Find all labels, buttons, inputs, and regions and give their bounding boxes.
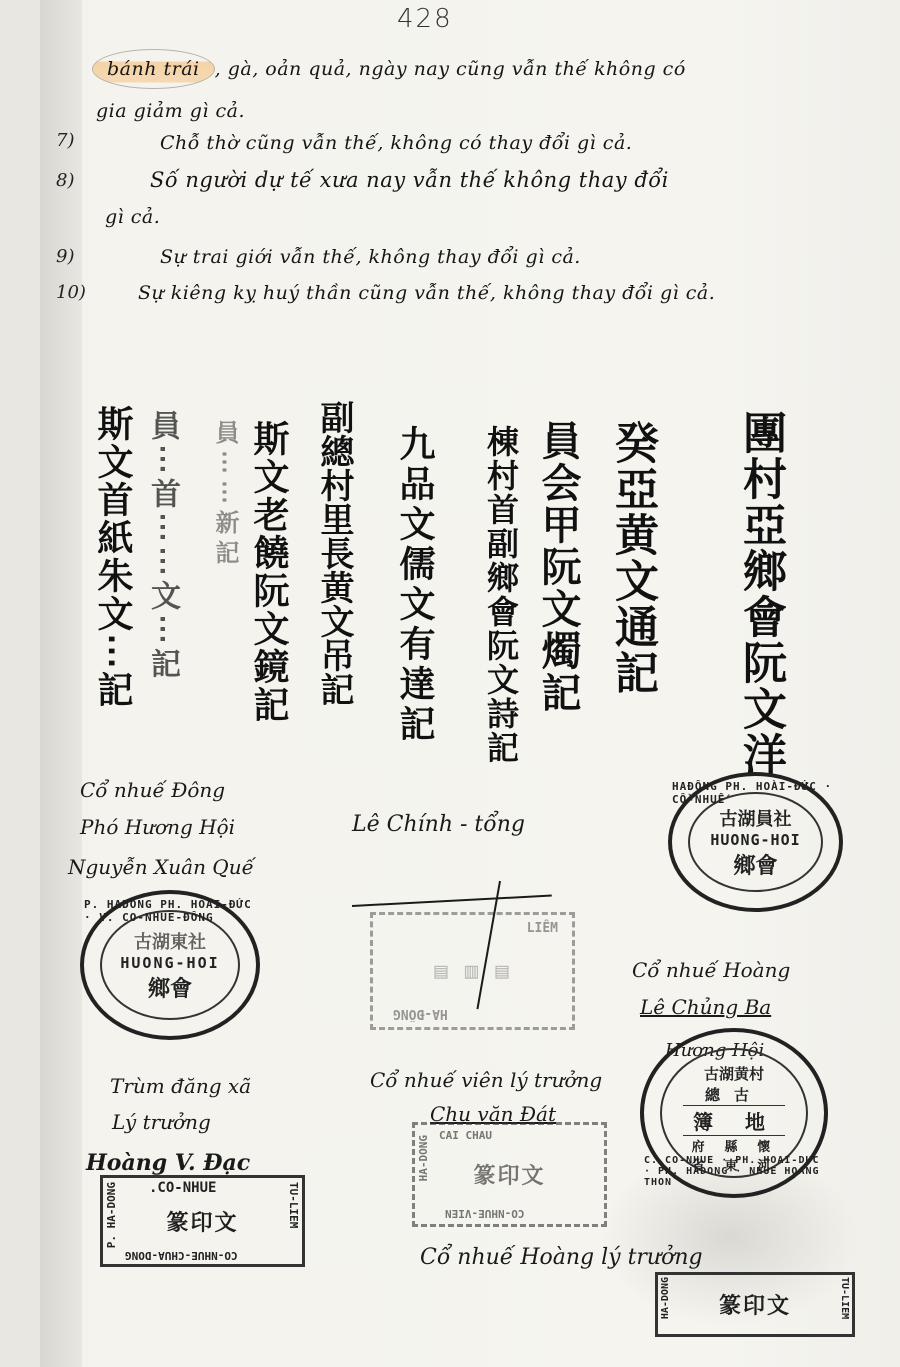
round-stamp-nhue-hoang: C. CO-NHUE · PH. HOAI-DUC · PH. HADONG ·…: [640, 1028, 828, 1198]
signature-dong-line-1: Cổ nhuế Đông: [80, 778, 225, 802]
round-stamp-co-nhue-dong: P. HAĐÔNG PH. HOÀI-ĐỨC · V. CO-NHUE-ĐÔNG…: [80, 890, 260, 1040]
signature-hoang-ly-truong: Cổ nhuế Hoàng lý trưởng: [420, 1245, 703, 1270]
body-line-6: Sự trai giới vẫn thế, không thay đổi gì …: [160, 246, 581, 268]
round-stamp-huong-hoi: HAĐÔNG PH. HOÀI-ĐỨC · CỔ-NHUẾ 古湖員社 HUONG…: [668, 772, 843, 912]
signature-hoang-line-1: Cổ nhuế Hoàng: [632, 958, 790, 982]
seal-script-glyphs: 篆印文: [166, 1206, 238, 1237]
signature-dang-xa-line-2: Lý trưởng: [112, 1110, 211, 1134]
signature-dong-line-3: Nguyễn Xuân Quế: [68, 855, 254, 879]
body-line-4: Số người dự tế xưa nay vẫn thế không tha…: [150, 168, 669, 192]
body-line-5: gì cả.: [105, 206, 160, 228]
stamp-ring-text: P. HAĐÔNG PH. HOÀI-ĐỨC · V. CO-NHUE-ĐÔNG: [84, 898, 256, 924]
rect-stamp-center: LIÊM ▤ ▥ ▤ HA-ĐÔNG: [370, 912, 575, 1030]
rect-stamp-co-nhue-chua-dong: .CO-NHUE P. HA-DONG TU-LIEM 篆印文 CO-NHUE-…: [100, 1175, 305, 1267]
body-line-1: bánh trái, gà, oản quả, ngày nay cũng vẫ…: [92, 58, 686, 80]
page-number: 428: [397, 4, 453, 34]
signature-dang-xa-line-1: Trùm đăng xã: [110, 1074, 251, 1098]
signature-dang-xa-line-3: Hoàng V. Đạc: [86, 1150, 250, 1176]
chinese-column-1: 團村亞鄉會阮文洋: [728, 410, 792, 778]
body-line-3: Chỗ thờ cũng vẫn thế, không có thay đổi …: [160, 132, 632, 154]
chinese-column-4: 棟村首副鄉會阮文詩記: [478, 425, 524, 765]
signature-vien-line-1: Cổ nhuế viên lý trưởng: [370, 1068, 602, 1092]
item-marker-10: 10): [56, 282, 86, 303]
body-line-2: gia giảm gì cả.: [96, 100, 245, 122]
chinese-column-5: 九品文儒文有達記: [390, 425, 441, 745]
chinese-column-2: 癸亞黄文通記: [600, 420, 664, 696]
signature-le-chinh: Lê Chính - tổng: [352, 812, 525, 837]
chinese-column-3: 員会甲阮文燭記: [530, 420, 587, 714]
item-marker-9: 9): [56, 246, 74, 267]
item-marker-8: 8): [56, 170, 74, 191]
chinese-column-6: 副總村里長黄文吊記: [310, 400, 359, 706]
chinese-column-8: 員⋯⋯新記: [208, 420, 243, 570]
scan-margin-shadow: [40, 0, 82, 1367]
rect-stamp-co-nhue-vien: CAI CHAU HA-DONG 篆印文 CO-NHUE-VIEN: [412, 1122, 607, 1227]
body-line-7: Sự kiêng kỵ huý thần cũng vẫn thế, không…: [138, 282, 715, 304]
signature-hoang-line-2: Lê Chủng Ba: [640, 995, 771, 1019]
chinese-column-9: 員⋯首⋯⋯文⋯記: [140, 410, 184, 682]
chinese-column-10: 斯文首紙朱文⋯記: [88, 405, 139, 709]
rect-stamp-bottom-right: HA-DONG TU-LIEM 篆印文: [655, 1272, 855, 1337]
chinese-column-7: 斯文老饒阮文鏡記: [244, 420, 295, 724]
item-marker-7: 7): [56, 130, 74, 151]
signature-dong-line-2: Phó Hương Hội: [80, 815, 235, 839]
highlighted-word: bánh trái: [92, 49, 215, 89]
